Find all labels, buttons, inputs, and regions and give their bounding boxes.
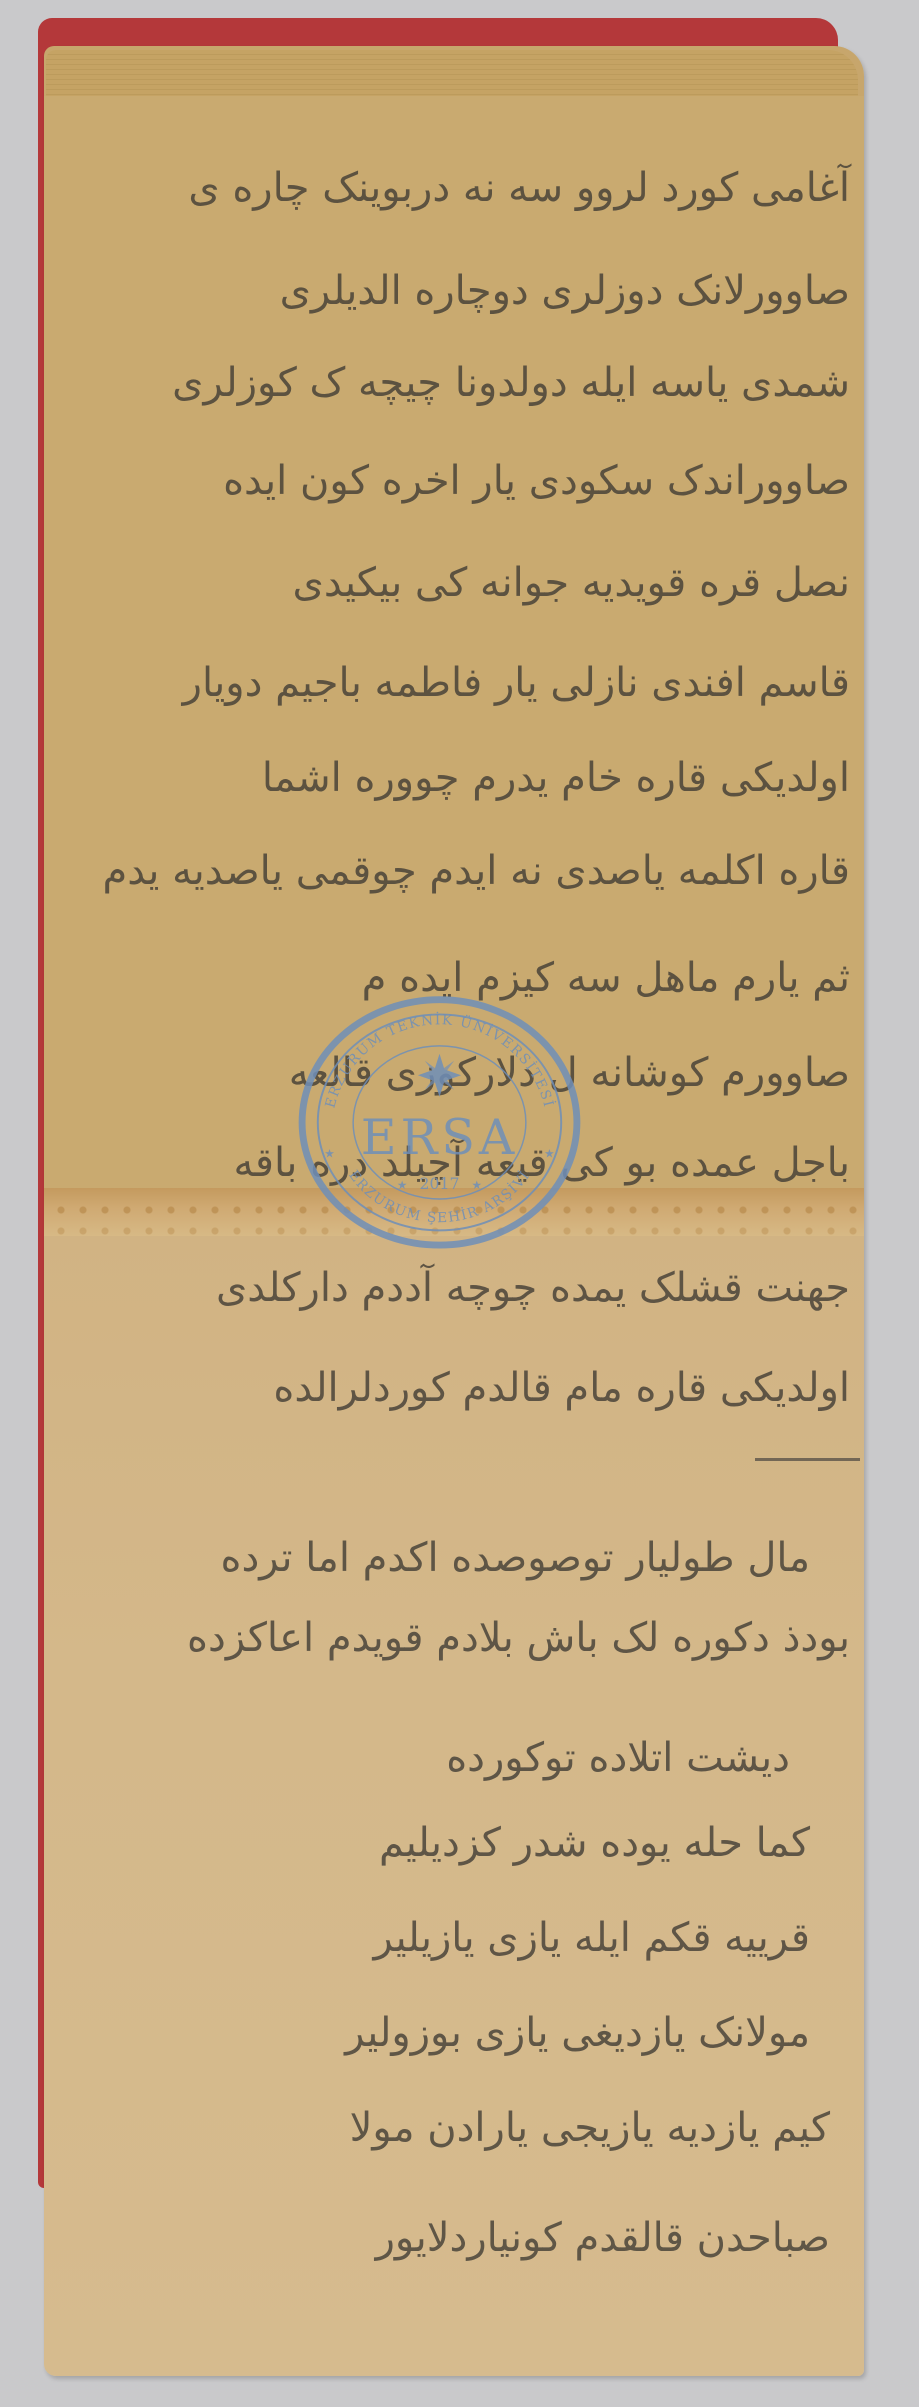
text-line: اولدیکی قاره خام یدرم چووره اشما: [262, 755, 850, 801]
text-line: دیشت اتلاده توکورده: [446, 1735, 790, 1781]
section-divider: [755, 1458, 860, 1461]
text-line: صباحدن قالقدم کونیاردلایور: [376, 2215, 830, 2261]
svg-text:★: ★: [472, 1178, 483, 1192]
text-line: شمدی یاسه ایله دولدونا چیچه ک کوزلری: [172, 360, 850, 406]
svg-text:★: ★: [324, 1147, 335, 1161]
svg-text:★: ★: [397, 1178, 408, 1192]
text-line: بودذ دکوره لک باش بلادم قویدم اعاکزده: [187, 1615, 850, 1661]
text-line: قاره اکلمه یاصدی نه ایدم چوقمی یاصدیه ید…: [103, 848, 850, 894]
text-line: مولانک یازدیغی یازی بوزولیر: [345, 2010, 810, 2056]
stamp-icon: ERZURUM TEKNİK ÜNİVERSİTESİ ERZURUM ŞEHİ…: [292, 985, 587, 1250]
archive-stamp: ERZURUM TEKNİK ÜNİVERSİTESİ ERZURUM ŞEHİ…: [292, 985, 587, 1250]
text-line: نصل قره قویدیه جوانه کی بیکیدی: [293, 560, 850, 606]
text-line: صاوورلانک دوزلری دوچاره الدیلری: [280, 268, 850, 314]
text-line: قرییه قکم ایله یازی یازیلیر: [373, 1915, 810, 1961]
svg-text:2017: 2017: [420, 1174, 460, 1193]
text-line: مال طولیار توصوصده اکدم اما ترده: [221, 1535, 810, 1581]
text-line: جهنت قشلک یمده چوچه آددم دارکلدی: [216, 1265, 850, 1311]
text-line: قاسم افندی نازلی یار فاطمه باجیم دویار: [183, 660, 850, 706]
text-line: کیم یازدیه یازیجی یارادن مولا: [350, 2105, 830, 2151]
text-line: صاووراندک سکودی یار اخره کون ایده: [223, 458, 850, 504]
text-line: آغامی کورد لروو سه نه دربوینک چاره ی: [188, 165, 850, 211]
text-line: کما حله یوده شدر کزدیلیم: [379, 1820, 810, 1866]
text-line: اولدیکی قاره مام قالدم کوردلرالده: [273, 1365, 850, 1411]
page-stack-edge: [46, 50, 858, 98]
svg-text:ERSA: ERSA: [361, 1108, 519, 1166]
svg-text:★: ★: [544, 1147, 555, 1161]
